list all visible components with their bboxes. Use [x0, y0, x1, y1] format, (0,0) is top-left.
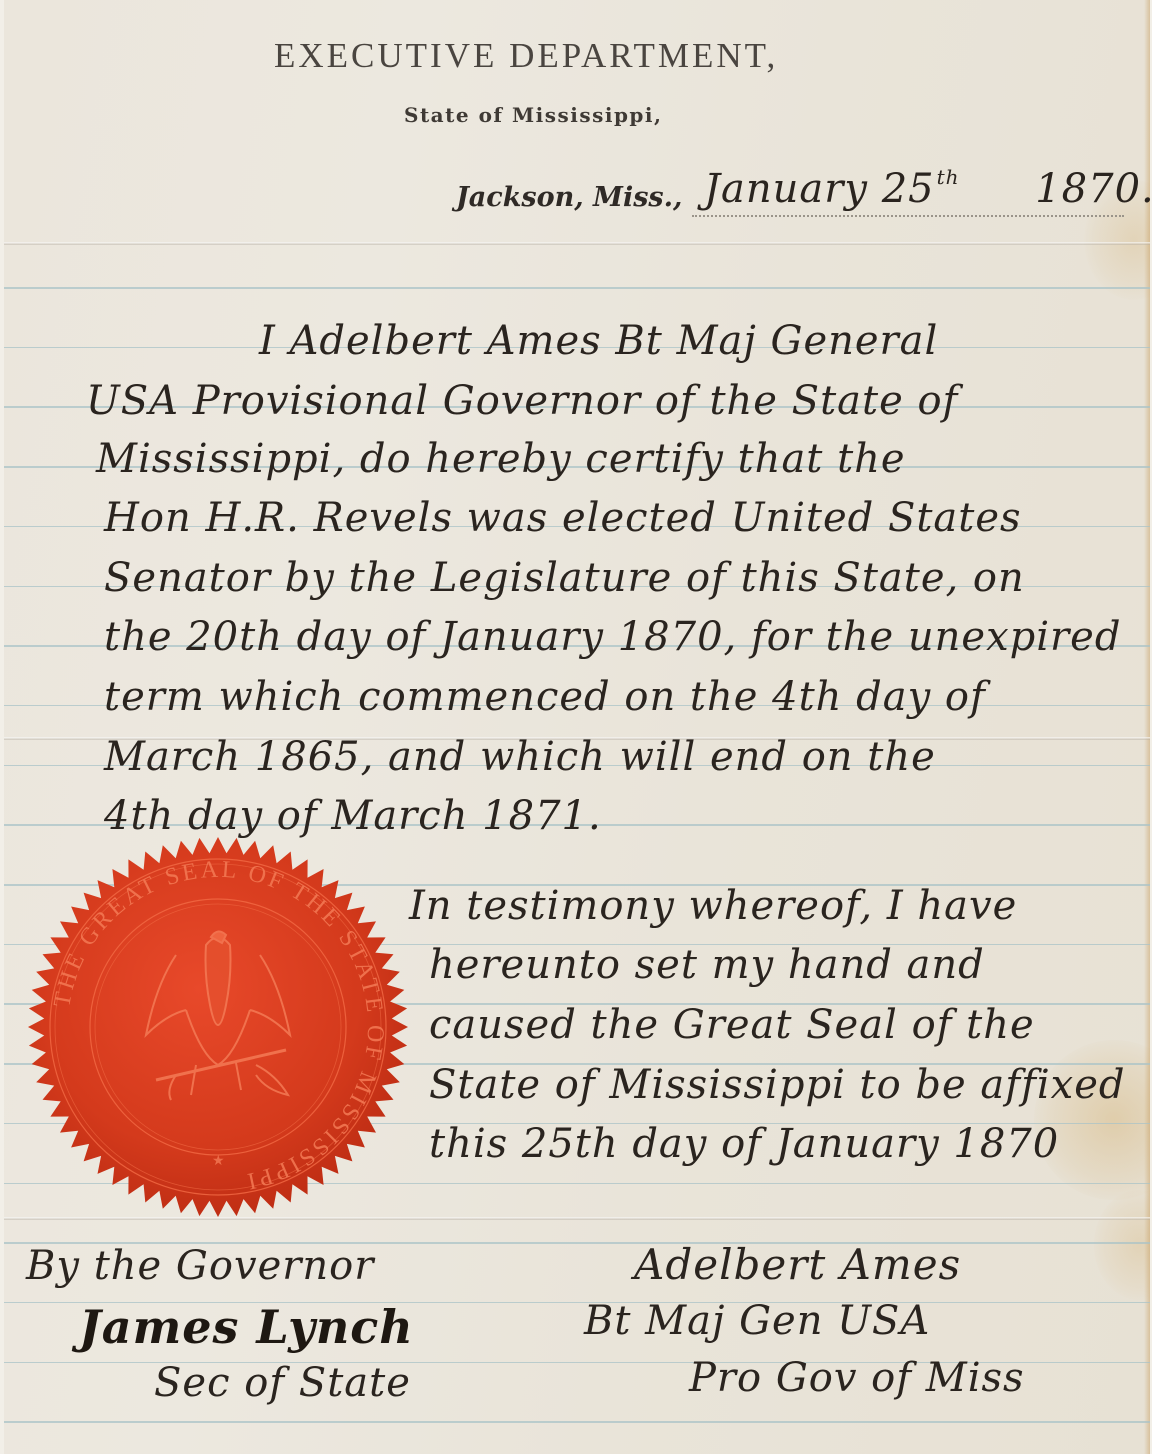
governor-title: Pro Gov of Miss	[689, 1355, 1025, 1401]
water-stain	[1094, 1190, 1150, 1300]
testimony-line: this 25th day of January 1870	[429, 1121, 1059, 1167]
body-line: Senator by the Legislature of this State…	[104, 555, 1025, 601]
fold-crease	[4, 242, 1150, 245]
seal-star-mark: ★	[212, 1154, 225, 1169]
letterhead-place: Jackson, Miss.,	[456, 182, 682, 213]
date-month-day: January 25	[704, 166, 935, 212]
body-line: Hon H.R. Revels was elected United State…	[104, 495, 1022, 541]
ruled-line	[4, 287, 1150, 289]
by-the-governor: By the Governor	[26, 1243, 374, 1289]
secretary-title: Sec of State	[154, 1360, 411, 1406]
document-page: EXECUTIVE DEPARTMENT, State of Mississip…	[4, 0, 1150, 1454]
body-line: USA Provisional Governor of the State of	[86, 378, 958, 424]
letterhead-department: EXECUTIVE DEPARTMENT,	[274, 36, 778, 76]
body-line: I Adelbert Ames Bt Maj General	[259, 318, 938, 364]
ruled-line	[4, 1421, 1150, 1423]
paper-edge	[1144, 0, 1150, 1454]
date-suffix: th	[937, 165, 960, 189]
body-line: 4th day of March 1871.	[104, 793, 602, 839]
great-seal: THE GREAT SEAL OF THE STATE OF MISSISSIP…	[26, 835, 410, 1219]
secretary-signature: James Lynch	[79, 1300, 414, 1354]
testimony-line: hereunto set my hand and	[429, 942, 985, 988]
testimony-line: caused the Great Seal of the	[429, 1002, 1035, 1048]
governor-rank: Bt Maj Gen USA	[584, 1298, 930, 1344]
testimony-line: In testimony whereof, I have	[409, 883, 1017, 929]
handwritten-date: January 25th 1870.	[704, 165, 1150, 212]
body-line: term which commenced on the 4th day of	[104, 674, 986, 720]
body-line: the 20th day of January 1870, for the un…	[104, 614, 1121, 660]
testimony-line: State of Mississippi to be affixed	[429, 1062, 1126, 1108]
body-line: Mississippi, do hereby certify that the	[96, 436, 906, 482]
date-dotted-line	[692, 215, 1124, 217]
body-line: March 1865, and which will end on the	[104, 734, 936, 780]
date-year: 1870.	[1035, 166, 1150, 212]
governor-signature: Adelbert Ames	[634, 1240, 961, 1289]
letterhead-state: State of Mississippi,	[404, 103, 662, 127]
